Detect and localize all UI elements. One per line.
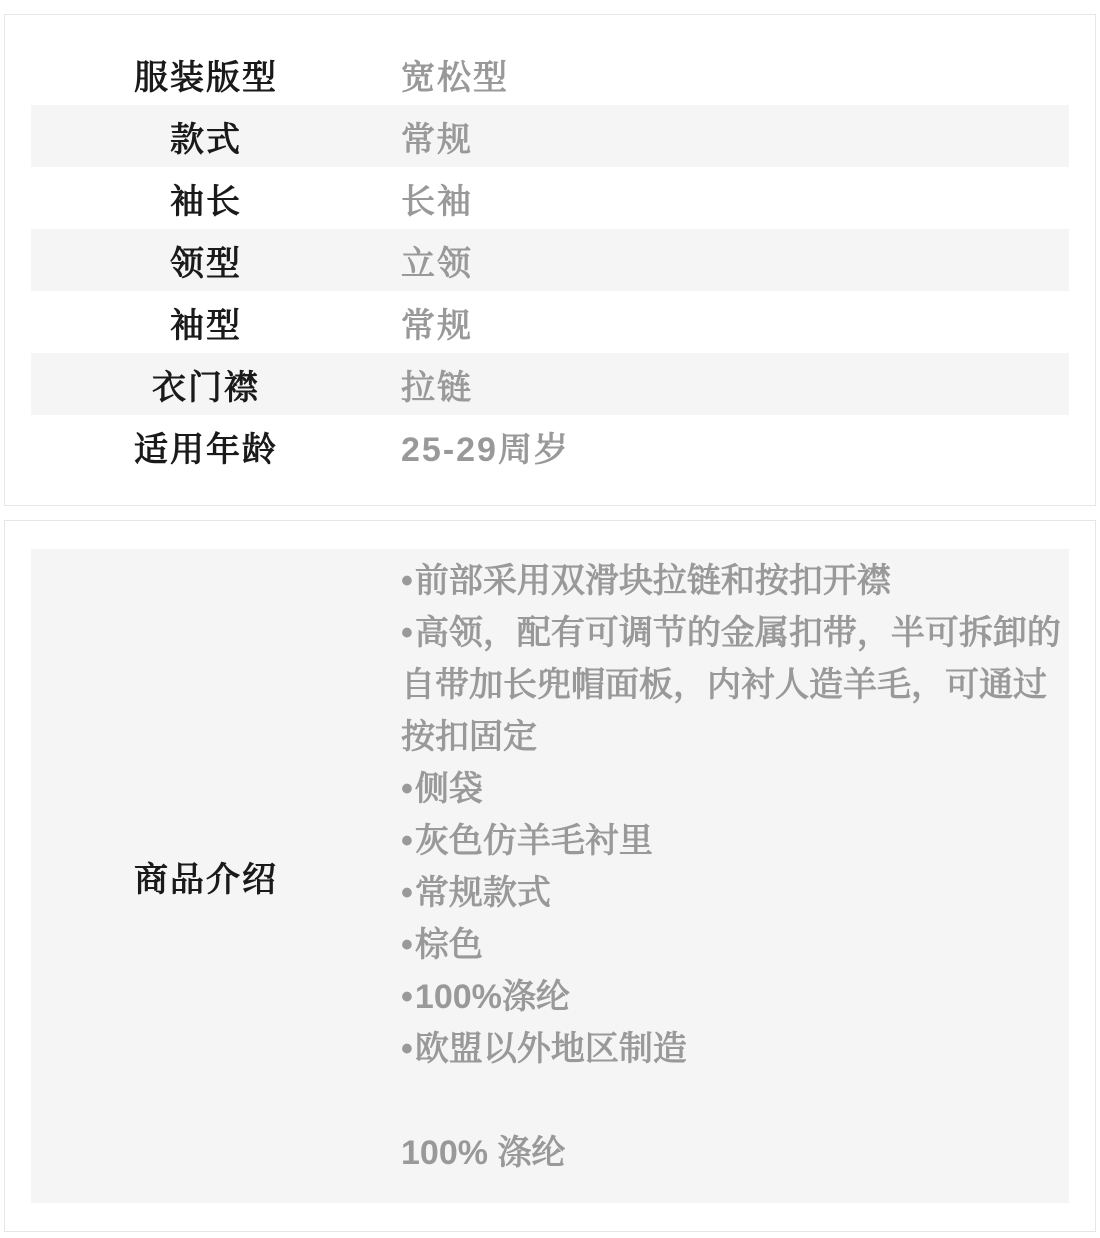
intro-bullet-text: 前部采用双滑块拉链和按扣开襟 (415, 562, 891, 600)
spec-value: 拉链 (401, 360, 473, 409)
intro-bullet-text: 灰色仿羊毛衬里 (415, 822, 653, 860)
intro-bullet-text: 棕色 (415, 926, 483, 964)
product-intro-card: 商品介绍 •前部采用双滑块拉链和按扣开襟 •高领，配有可调节的金属扣带，半可拆卸… (4, 520, 1096, 1232)
intro-bullet-item: •侧袋 (401, 763, 1061, 815)
product-intro-block: 商品介绍 •前部采用双滑块拉链和按扣开襟 •高领，配有可调节的金属扣带，半可拆卸… (31, 549, 1069, 1203)
spec-label: 袖长 (31, 174, 381, 223)
product-intro-content: •前部采用双滑块拉链和按扣开襟 •高领，配有可调节的金属扣带，半可拆卸的自带加长… (381, 549, 1069, 1203)
spec-label: 适用年龄 (31, 422, 381, 471)
spec-label: 袖型 (31, 298, 381, 347)
bullet-dot-icon: • (401, 926, 413, 964)
intro-bullet-text: 侧袋 (415, 770, 483, 808)
intro-bullet-text: 常规款式 (415, 874, 551, 912)
spec-label: 衣门襟 (31, 360, 381, 409)
spec-row-style: 款式 常规 (31, 105, 1069, 167)
intro-bullet-item: •棕色 (401, 919, 1061, 971)
spec-label: 领型 (31, 236, 381, 285)
intro-bullet-item: •灰色仿羊毛衬里 (401, 815, 1061, 867)
spec-value: 常规 (401, 298, 473, 347)
material-composition-text: 100% 涤纶 (401, 1127, 1061, 1179)
intro-bullet-item: •100%涤纶 (401, 971, 1061, 1023)
bullet-dot-icon: • (401, 1030, 413, 1068)
product-detail-page: 服装版型 宽松型 款式 常规 袖长 长袖 领型 立领 袖型 常规 衣门襟 拉链 (0, 0, 1100, 1238)
bullet-dot-icon: • (401, 874, 413, 912)
spec-table: 服装版型 宽松型 款式 常规 袖长 长袖 领型 立领 袖型 常规 衣门襟 拉链 (31, 43, 1069, 477)
spec-value: 25-29周岁 (401, 422, 570, 471)
product-intro-title: 商品介绍 (31, 549, 381, 1203)
bullet-dot-icon: • (401, 822, 413, 860)
intro-bullet-text: 欧盟以外地区制造 (415, 1030, 687, 1068)
intro-bullet-text: 100%涤纶 (415, 978, 570, 1016)
intro-bullet-item: •高领，配有可调节的金属扣带，半可拆卸的自带加长兜帽面板，内衬人造羊毛，可通过按… (401, 607, 1061, 763)
bullet-dot-icon: • (401, 770, 413, 808)
spec-value: 长袖 (401, 174, 473, 223)
bullet-dot-icon: • (401, 614, 413, 652)
intro-bullet-item: •常规款式 (401, 867, 1061, 919)
intro-bullet-item: •前部采用双滑块拉链和按扣开襟 (401, 555, 1061, 607)
spec-row-placket: 衣门襟 拉链 (31, 353, 1069, 415)
bullet-dot-icon: • (401, 562, 413, 600)
spec-table-card: 服装版型 宽松型 款式 常规 袖长 长袖 领型 立领 袖型 常规 衣门襟 拉链 (4, 14, 1096, 506)
spec-row-age-range: 适用年龄 25-29周岁 (31, 415, 1069, 477)
spec-row-sleeve-type: 袖型 常规 (31, 291, 1069, 353)
spec-value: 立领 (401, 236, 473, 285)
bullet-dot-icon: • (401, 978, 413, 1016)
spec-value: 常规 (401, 112, 473, 161)
spec-label: 服装版型 (31, 50, 381, 99)
spec-row-collar: 领型 立领 (31, 229, 1069, 291)
intro-bullet-item: •欧盟以外地区制造 (401, 1023, 1061, 1075)
spec-row-sleeve-length: 袖长 长袖 (31, 167, 1069, 229)
spec-value: 宽松型 (401, 50, 509, 99)
spec-row-fit: 服装版型 宽松型 (31, 43, 1069, 105)
intro-bullet-text: 高领，配有可调节的金属扣带，半可拆卸的自带加长兜帽面板，内衬人造羊毛，可通过按扣… (401, 614, 1061, 756)
spec-label: 款式 (31, 112, 381, 161)
